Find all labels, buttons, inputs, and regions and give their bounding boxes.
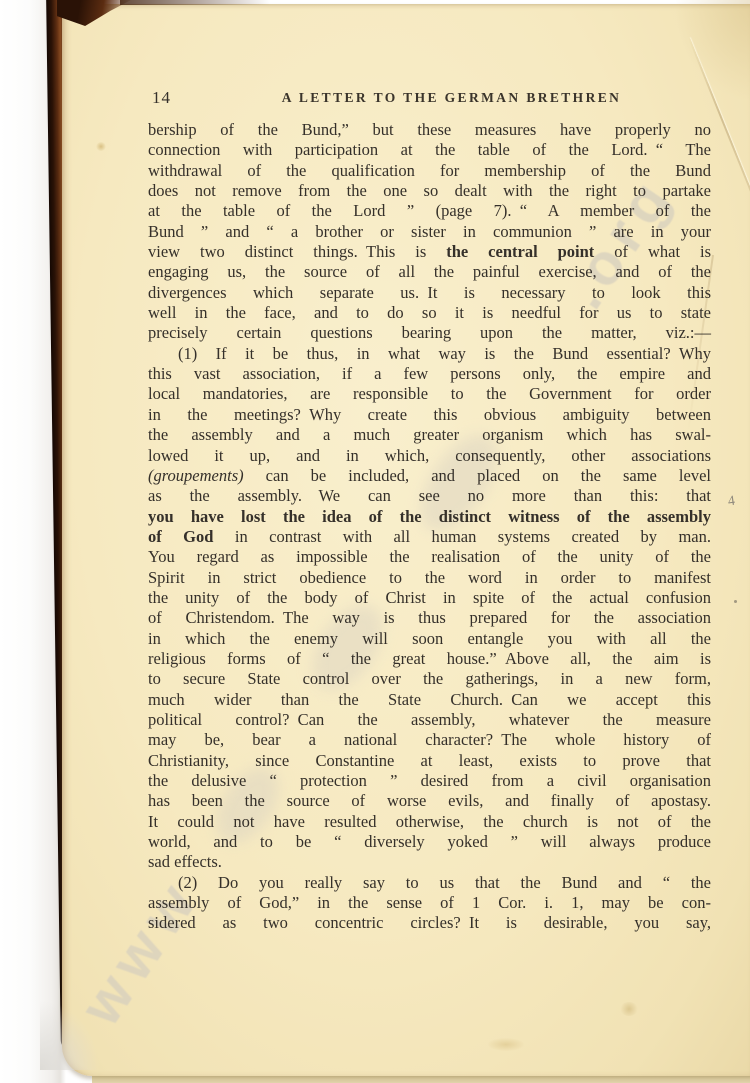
bold-text: of God bbox=[148, 527, 213, 546]
text-line: the delusive “ protection ” desired from… bbox=[148, 771, 711, 791]
running-header: A LETTER TO THE GERMAN BRETHREN bbox=[148, 90, 711, 106]
text-line: withdrawal of the qualification for memb… bbox=[148, 161, 711, 181]
text-line: has been the source of worse evils, and … bbox=[148, 791, 711, 811]
text-line: local mandatories, are responsible to th… bbox=[148, 384, 711, 404]
text-line: in the meetings? Why create this obvious… bbox=[148, 405, 711, 425]
text-line: this vast association, if a few persons … bbox=[148, 364, 711, 384]
text-line: sidered as two concentric circles? It is… bbox=[148, 913, 711, 933]
body-text-block: bership of the Bund,” but these measures… bbox=[148, 120, 711, 934]
text-line: (groupements) can be included, and place… bbox=[148, 466, 711, 486]
paper-stain bbox=[620, 1002, 638, 1016]
text-segment: can be included, and placed on the same … bbox=[244, 466, 711, 485]
bottom-corner-shadow bbox=[40, 1000, 100, 1070]
text-segment: view two distinct things. This is bbox=[148, 242, 446, 261]
text-line: Bund ” and “ a brother or sister in comm… bbox=[148, 222, 711, 242]
text-line: of Christendom. The way is thus prepared… bbox=[148, 608, 711, 628]
italic-text: (groupements) bbox=[148, 466, 244, 485]
bold-text: the central point bbox=[446, 242, 594, 261]
text-line: political control? Can the assembly, wha… bbox=[148, 710, 711, 730]
text-line: precisely certain questions bearing upon… bbox=[148, 323, 711, 343]
text-line: as the assembly. We can see no more than… bbox=[148, 486, 711, 506]
scanned-book-page: www .org 14 A LETTER TO THE GERMAN BRETH… bbox=[0, 0, 750, 1083]
text-line: view two distinct things. This is the ce… bbox=[148, 242, 711, 262]
text-line: world, and to be “ diversely yoked ” wil… bbox=[148, 832, 711, 852]
text-line: the unity of the body of Christ in spite… bbox=[148, 588, 711, 608]
text-line: (1) If it be thus, in what way is the Bu… bbox=[148, 344, 711, 364]
underlying-page-edge bbox=[92, 1076, 750, 1083]
printed-content: 14 A LETTER TO THE GERMAN BRETHREN bersh… bbox=[148, 86, 711, 110]
top-binding-edge bbox=[120, 0, 270, 5]
text-line: engaging us, the source of all the painf… bbox=[148, 262, 711, 282]
text-line: Spirit in strict obedience to the word i… bbox=[148, 568, 711, 588]
text-line: to secure State control over the gatheri… bbox=[148, 669, 711, 689]
text-line: the assembly and a much greater organism… bbox=[148, 425, 711, 445]
text-line: sad effects. bbox=[148, 852, 711, 872]
text-line: You regard as impossible the realisation… bbox=[148, 547, 711, 567]
paper-stain bbox=[488, 1038, 524, 1051]
paper-stain bbox=[96, 142, 106, 151]
text-line: It could not have resulted otherwise, th… bbox=[148, 812, 711, 832]
text-line: religious forms of “ the great house.” A… bbox=[148, 649, 711, 669]
text-line: does not remove from the one so dealt wi… bbox=[148, 181, 711, 201]
text-segment: of what is bbox=[594, 242, 711, 261]
text-line: lowed it up, and in which, consequently,… bbox=[148, 446, 711, 466]
text-line: divergences which separate us. It is nec… bbox=[148, 283, 711, 303]
running-head-row: 14 A LETTER TO THE GERMAN BRETHREN bbox=[148, 86, 711, 110]
text-line: in which the enemy will soon entangle yo… bbox=[148, 629, 711, 649]
paper-stain bbox=[676, 0, 750, 100]
text-line: much wider than the State Church. Can we… bbox=[148, 690, 711, 710]
text-line: assembly of God,” in the sense of 1 Cor.… bbox=[148, 893, 711, 913]
text-line: (2) Do you really say to us that the Bun… bbox=[148, 873, 711, 893]
text-line: may be, bear a national character? The w… bbox=[148, 730, 711, 750]
text-line: well in the face, and to do so it is nee… bbox=[148, 303, 711, 323]
pencil-dot bbox=[734, 600, 737, 603]
text-line: of God in contrast with all human system… bbox=[148, 527, 711, 547]
text-line: at the table of the Lord ” (page 7). “ A… bbox=[148, 201, 711, 221]
text-line: connection with participation at the tab… bbox=[148, 140, 711, 160]
bold-text: you have lost the idea of the distinct w… bbox=[148, 507, 711, 526]
text-line: bership of the Bund,” but these measures… bbox=[148, 120, 711, 140]
text-segment: in contrast with all human systems creat… bbox=[213, 527, 711, 546]
text-line: Christianity, since Constantine at least… bbox=[148, 751, 711, 771]
text-line: you have lost the idea of the distinct w… bbox=[148, 507, 711, 527]
